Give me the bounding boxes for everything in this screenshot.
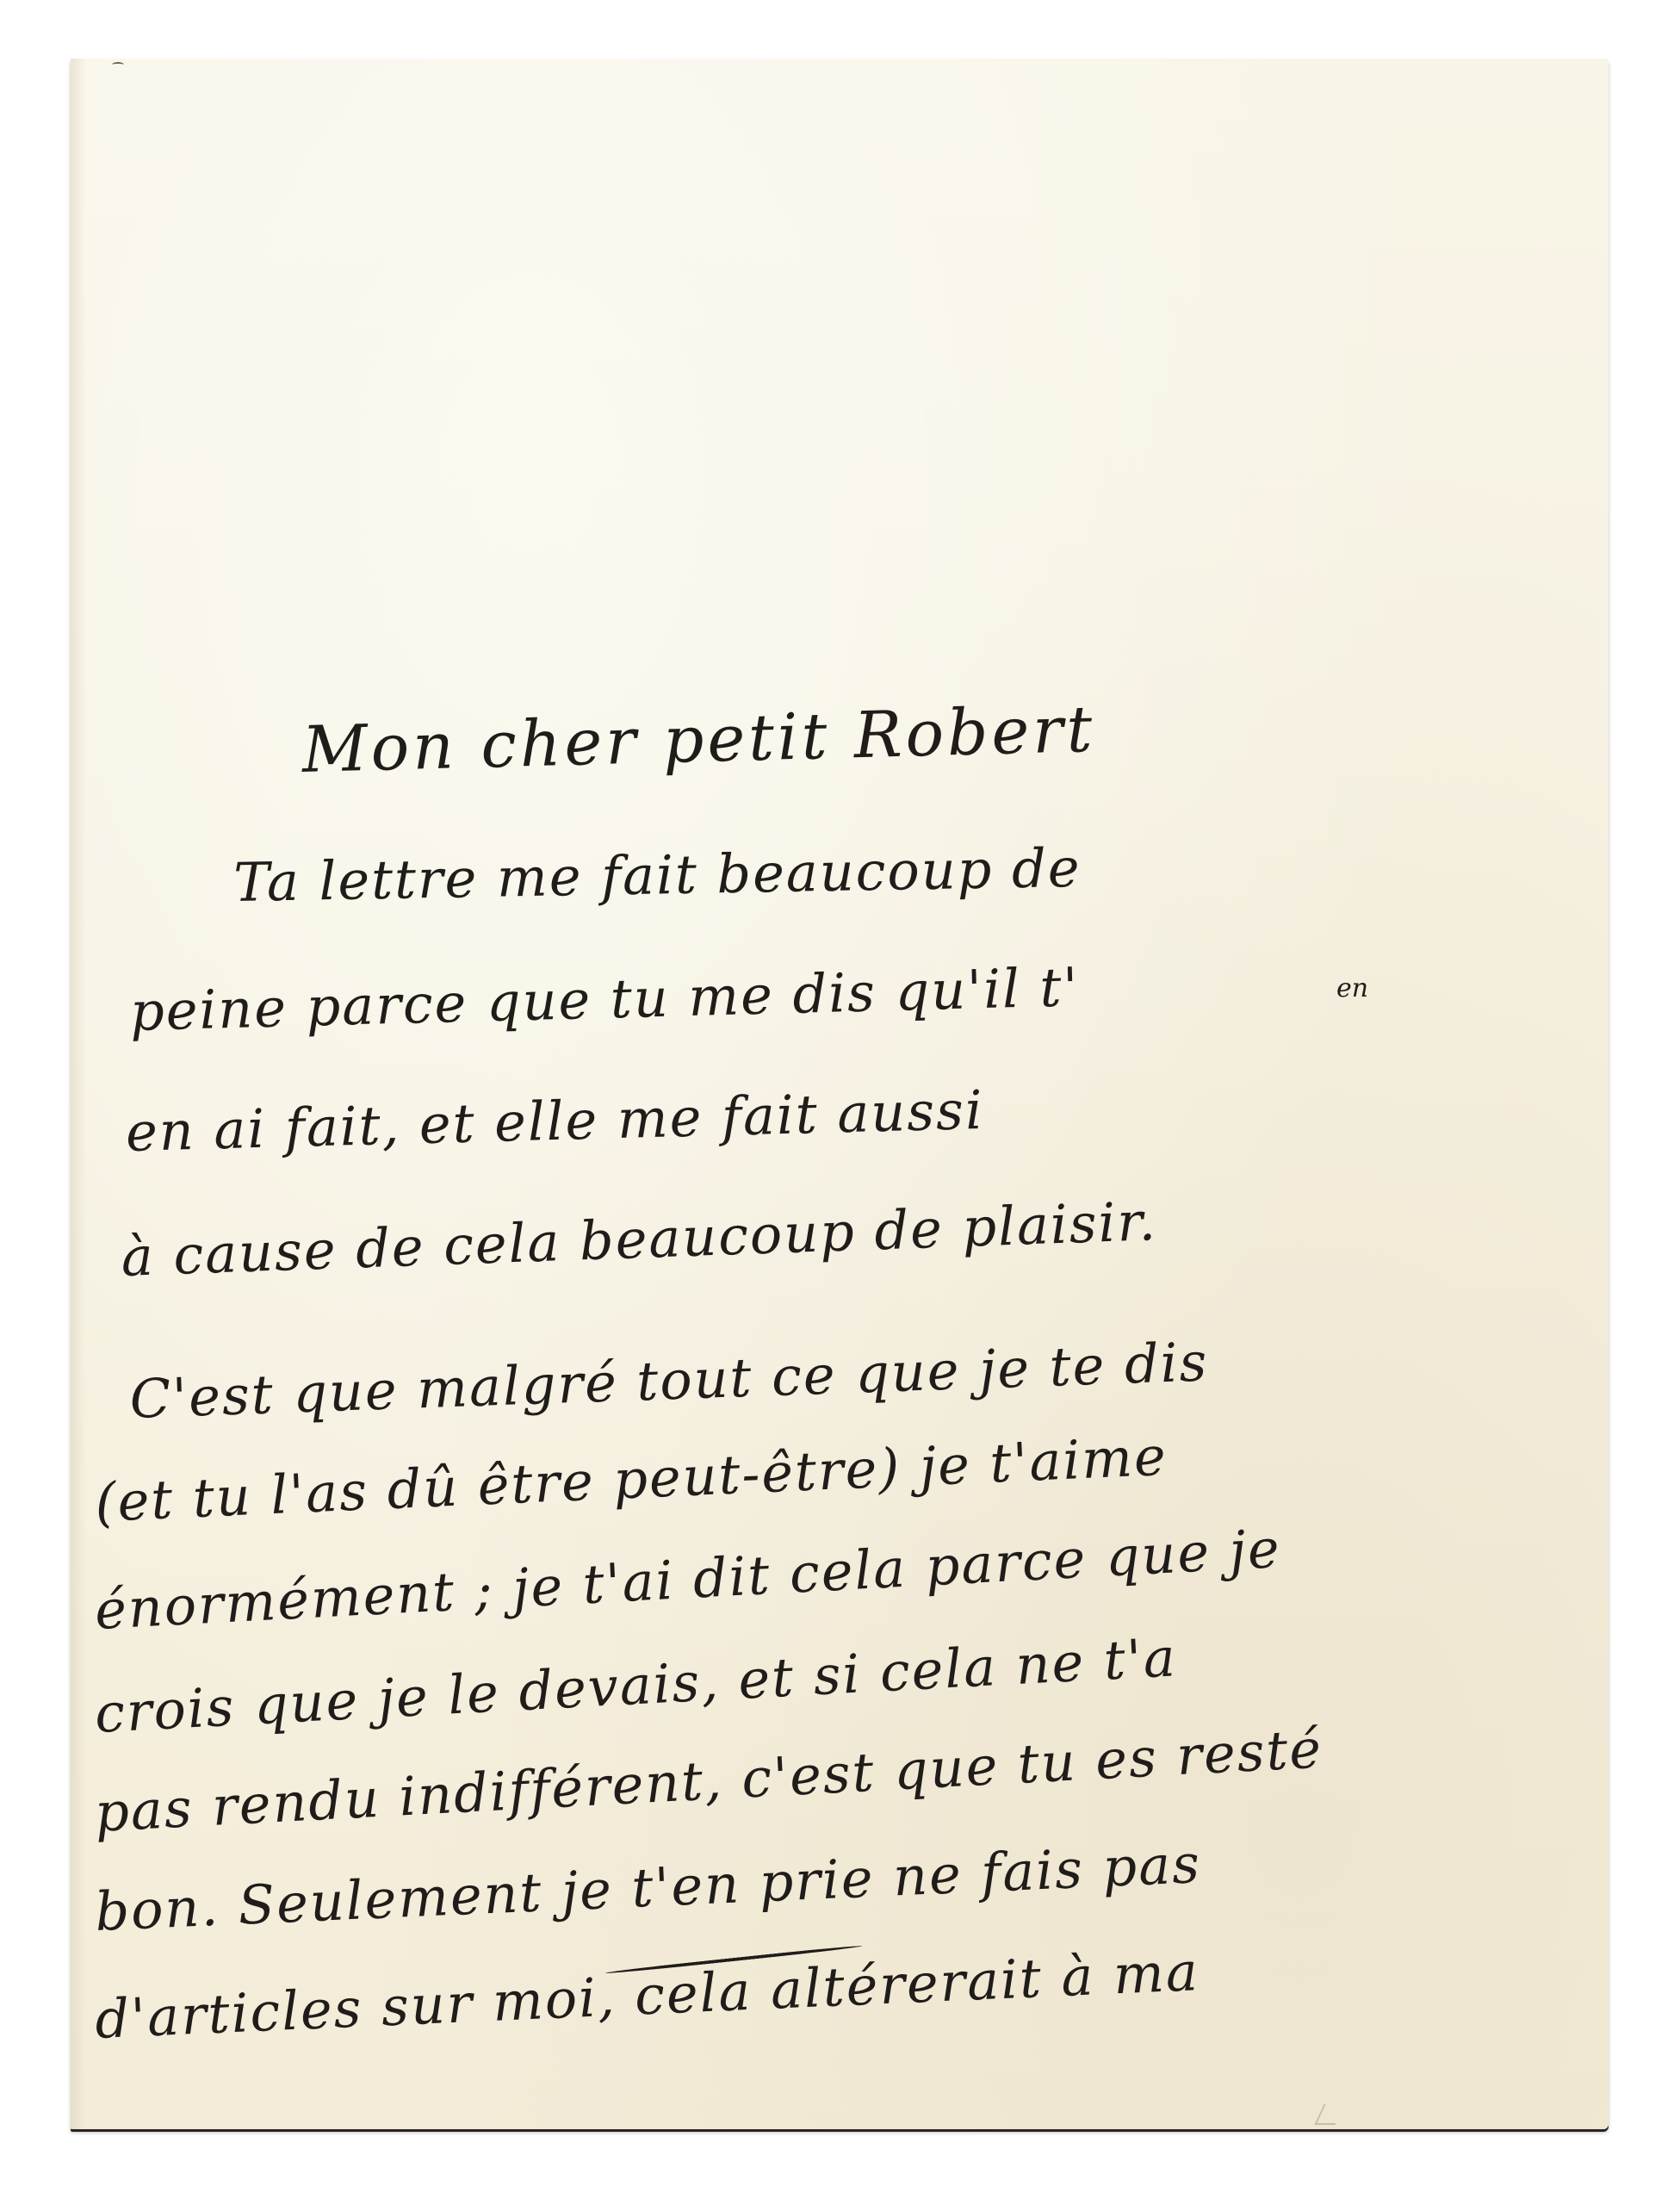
letter-line-9: pas rendu indifférent, c'est que tu es r… <box>93 1717 1324 1844</box>
paper-nick <box>112 62 124 67</box>
pencil-mark <box>1314 2104 1344 2125</box>
letter-page: Mon cher petit Robert Ta lettre me fait … <box>71 59 1609 2129</box>
letter-line-6: (et tu l'as dû être peut-être) je t'aime <box>94 1425 1169 1534</box>
letter-line-2: peine parce que tu me dis qu'il t' <box>129 955 1080 1043</box>
letter-line-8: crois que je le devais, et si cela ne t'… <box>93 1625 1178 1745</box>
letter-line-4: à cause de cela beaucoup de plaisir. <box>120 1189 1158 1289</box>
letter-line-3: en ai fait, et elle me fait aussi <box>125 1078 984 1164</box>
letter-line-11: d'articles sur moi, cela altérerait à ma <box>94 1940 1200 2051</box>
letter-line-7: énormément ; je t'ai dit cela parce que … <box>93 1517 1282 1642</box>
superscript-insert: en <box>1336 973 1368 1003</box>
salutation: Mon cher petit Robert <box>301 693 1097 787</box>
letter-line-1: Ta lettre me fait beaucoup de <box>233 836 1082 914</box>
letter-line-10: bon. Seulement je t'en prie ne fais pas <box>94 1832 1203 1943</box>
letter-line-5: C'est que malgré tout ce que je te dis <box>128 1330 1209 1431</box>
